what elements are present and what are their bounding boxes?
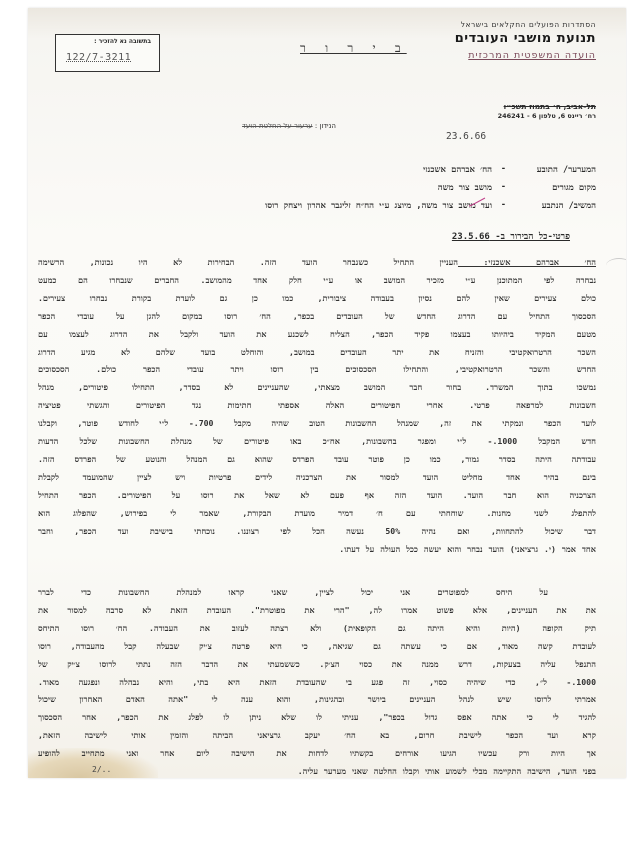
party-name: מושב צור משה (96, 182, 492, 193)
text-line: נבחרה לפי המתוכנן ע״י מזכיר המושב או ע״י… (38, 272, 596, 290)
text-line: הח׳ אברהם אשכנזי: העניין התחיל כשנבחר הו… (38, 254, 596, 272)
document-page: בתשובה נא להזכיר : 122/7-3211 ב י ר ו ר … (28, 8, 626, 778)
document-date: 23.6.66 (446, 131, 486, 142)
party-name: ועד מושב צור משה, מיוצג ע״י הח״ח זליגבר … (96, 200, 492, 211)
address-block: תל-אביב, ה׳ בתמוז תשכ״ו רח׳ ריינס 6, טלפ… (396, 102, 596, 120)
reference-number: 122/7-3211 (66, 52, 131, 63)
text-line: קרא ועד הכפר לישיבת חרום, בא הח׳ יעקב גר… (38, 727, 596, 745)
line-text: כולם צעירים שאין להם נסיון בעבודה ציבורי… (38, 293, 596, 303)
party-role: מקום מגורים (506, 182, 596, 193)
line-text: להגיד לי כי אתה אפס גדול בכפר", עניתי לו… (38, 712, 596, 722)
federation-name: הסתדרות הפועלים החקלאים בישראל (336, 20, 596, 29)
text-line: חדש המקבל 1000.- ל״י ומפגר בחשבונות, אח״… (38, 433, 596, 451)
text-line: כולם צעירים שאין להם נסיון בעבודה ציבורי… (38, 290, 596, 308)
party-role: המערער/ התובע (506, 164, 596, 175)
text-line: עבודתה היתה בסדר גמור, כמו כן פוטר עובד … (38, 451, 596, 469)
text-line: אך היות ורק עכשיו הגיעו אורחים בקשתיו לד… (38, 745, 596, 763)
city-date: תל-אביב, ה׳ בתמוז תשכ״ו (396, 102, 596, 111)
paragraph-appellant-statement: הח׳ אברהם אשכנזי: העניין התחיל כשנבחר הו… (38, 254, 596, 558)
text-line: לועד הכפר ונמקתי את זה, שמנהל החשבונות ה… (38, 415, 596, 433)
text-line: את את העניינים, אלא פשוט אמרו לה, "הרי א… (38, 602, 596, 620)
subject-line: הנידון : ערעור על החלטת הועד (36, 122, 336, 130)
reference-label: בתשובה נא להזכיר : (94, 38, 151, 45)
letterhead: הסתדרות הפועלים החקלאים בישראל תנועת מוש… (336, 20, 596, 61)
committee-name: הועדה המשפטית המרכזית (336, 50, 596, 61)
text-line: הצרכניה הוא חבר הועד. הועד הזה אף פעם לא… (38, 487, 596, 505)
line-text: את את העניינים, אלא פשוט אמרו לה, "הרי א… (38, 605, 596, 615)
party-dash: - (492, 200, 506, 210)
party-dash: - (492, 182, 506, 192)
text-line: נמשכו בתוך המשרד. בחור חבר המושב מצאתי, … (38, 379, 596, 397)
line-text: על היחס למפוטרים אני יכול לציין, שאני קר… (38, 587, 548, 597)
reference-box: בתשובה נא להזכיר : 122/7-3211 (55, 34, 160, 72)
line-text: העניין התחיל כשנבחר הועד הזה. הבחירות לא… (38, 257, 458, 267)
subject-label: הנידון : (315, 122, 336, 130)
checkmark-icon (468, 197, 486, 207)
line-text: תיק הקופה (היות והיא היתה גם הקופאית) ול… (38, 623, 596, 633)
text-line: לעובדת קשה מאוד, אם כי עשתה גם שגיאה, כי… (38, 638, 596, 656)
text-line: תיק הקופה (היות והיא היתה גם הקופאית) ול… (38, 620, 596, 638)
text-line: הסכסוך התחיל עם הדרוג החדש של העובדים בכ… (38, 308, 596, 326)
line-text: לעובדת קשה מאוד, אם כי עשתה גם שגיאה, כי… (38, 641, 596, 651)
line-text: השכר הרטרואקטיבי והזניח את יתר העובדים ב… (38, 347, 596, 357)
speaker-name: הח׳ אברהם אשכנזי: (458, 257, 596, 267)
line-text: אך היות ורק עכשיו הגיעו אורחים בקשתיו לד… (38, 748, 596, 758)
paragraph-dismissal-statement: על היחס למפוטרים אני יכול לציין, שאני קר… (38, 584, 596, 778)
line-text: קרא ועד הכפר לישיבת חרום, בא הח׳ יעקב גר… (38, 730, 596, 740)
text-line: דבר שיכול להתחוות, ואם נהיה 50% נעשה הכל… (38, 523, 596, 541)
text-line: מטעם המקיד ביהיותו בעצמו פקיד הכפר, הצלי… (38, 326, 596, 344)
text-line: אחד אמר (י. גרציאני) הועד נבחר והוא יעשה… (38, 541, 596, 559)
line-text: עבודתה היתה בסדר גמור, כמו כן פוטר עובד … (38, 454, 596, 464)
line-text: להתפלג לשני מחנות. שוחחתי עם ח׳ דמיר מוע… (38, 508, 596, 518)
parties-list: המערער/ התובע - הח׳ אברהם אשכנזי מקום מג… (96, 160, 596, 214)
text-line: בינם בהיר אחד מחליט הועד למסור את הצרכני… (38, 469, 596, 487)
text-line: התנפל עליה בצעקות, דרש ממנה את כסוי הצ׳ק… (38, 656, 596, 674)
line-text: אמרתי לרוסו שיש לנהל העניינים ביושר ובהג… (38, 694, 596, 704)
page-number: 2/.. (92, 765, 111, 774)
party-row: המערער/ התובע - הח׳ אברהם אשכנזי (96, 160, 596, 178)
line-text: הצרכניה הוא חבר הועד. הועד הזה אף פעם לא… (38, 490, 596, 500)
party-row: המשיב/ הנתבע - ועד מושב צור משה, מיוצג ע… (96, 196, 596, 214)
line-text: התנפל עליה בצעקות, דרש ממנה את כסוי הצ׳ק… (38, 659, 596, 669)
text-line: אמרתי לרוסו שיש לנהל העניינים ביושר ובהג… (38, 691, 596, 709)
text-line: בפני הועד, הישיבה התקיימה מבלי לשמוע אות… (38, 763, 596, 778)
subject-value: ערעור על החלטת הועד (242, 122, 313, 130)
line-text: מטעם המקיד ביהיותו בעצמו פקיד הכפר, הצלי… (38, 329, 596, 339)
text-line: 1000.- ל״, כדי שיהיה כסוי, זה פגע בי שהע… (38, 674, 596, 692)
party-name: הח׳ אברהם אשכנזי (96, 164, 492, 175)
line-text: חדש המקבל 1000.- ל״י ומפגר בחשבונות, אח״… (38, 436, 596, 446)
line-text: בפני הועד, הישיבה התקיימה מבלי לשמוע אות… (298, 766, 596, 776)
text-line: על היחס למפוטרים אני יכול לציין, שאני קר… (38, 584, 596, 602)
party-row: מקום מגורים - מושב צור משה (96, 178, 596, 196)
paper-scuff (606, 258, 626, 273)
line-text: נבחרה לפי המתוכנן ע״י מזכיר המושב או ע״י… (38, 275, 596, 285)
line-text: דבר שיכול להתחוות, ואם נהיה 50% נעשה הכל… (38, 526, 596, 536)
line-text: החדש והשכר הרטרואקטיבי, והתחילו הסכסוכים… (38, 364, 596, 374)
party-dash: - (492, 164, 506, 174)
line-text: אחד אמר (י. גרציאני) הועד נבחר והוא יעשה… (339, 544, 596, 554)
text-line: השכר הרטרואקטיבי והזניח את יתר העובדים ב… (38, 344, 596, 362)
line-text: 1000.- ל״, כדי שיהיה כסוי, זה פגע בי שהע… (38, 677, 596, 687)
organization-name: תנועת מושבי העובדים (336, 31, 596, 46)
section-heading: פרטי-כל הבירור ב- 23.5.66 (452, 231, 570, 242)
street-address: רח׳ ריינס 6, טלפון 6 - 246241 (396, 112, 596, 120)
line-text: נמשכו בתוך המשרד. בחור חבר המושב מצאתי, … (38, 382, 596, 392)
line-text: בינם בהיר אחד מחליט הועד למסור את הצרכני… (38, 472, 596, 482)
line-text: הסכסוך התחיל עם הדרוג החדש של העובדים בכ… (38, 311, 596, 321)
line-text: לועד הכפר ונמקתי את זה, שמנהל החשבונות ה… (38, 418, 596, 428)
text-line: חשבונות למרפאה פרטי. אחרי הפיטורים האלה … (38, 397, 596, 415)
text-line: להתפלג לשני מחנות. שוחחתי עם ח׳ דמיר מוע… (38, 505, 596, 523)
text-line: להגיד לי כי אתה אפס גדול בכפר", עניתי לו… (38, 709, 596, 727)
text-line: החדש והשכר הרטרואקטיבי, והתחילו הסכסוכים… (38, 361, 596, 379)
line-text: חשבונות למרפאה פרטי. אחרי הפיטורים האלה … (38, 400, 596, 410)
party-role: המשיב/ הנתבע (506, 200, 596, 211)
